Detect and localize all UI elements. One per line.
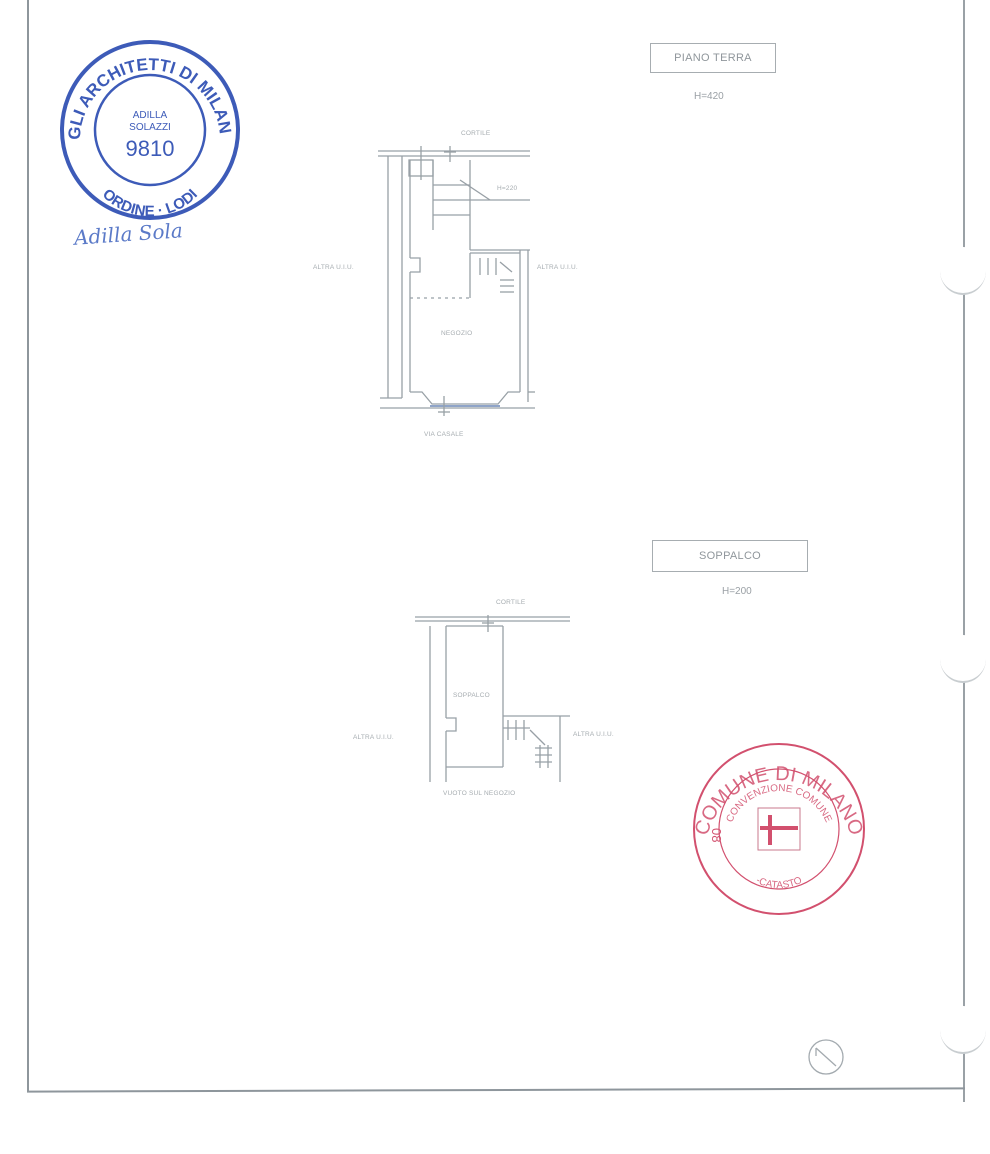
label-altra-uiu-left-pt: ALTRA U.I.U. [313,264,354,271]
svg-text:COMUNE DI MILANO: COMUNE DI MILANO [691,763,868,838]
label-cortile-soppalco: CORTILE [496,599,525,606]
svg-text:ADILLA: ADILLA [133,110,168,121]
label-vuoto-sul-negozio: VUOTO SUL NEGOZIO [443,790,515,797]
label-negozio: NEGOZIO [441,330,472,337]
svg-text:DEGLI ARCHITETTI DI MILANO E: DEGLI ARCHITETTI DI MILANO E [0,0,235,140]
label-soppalco-room: SOPPALCO [453,692,490,699]
section-title-soppalco: SOPPALCO [652,540,808,572]
architect-stamp-text: DEGLI ARCHITETTI DI MILANO E ORDINE · LO… [0,0,990,1154]
svg-text:ORDINE · LODI: ORDINE · LODI [99,186,201,220]
label-cortile-pt: CORTILE [461,130,490,137]
label-altra-uiu-left-sop: ALTRA U.I.U. [353,734,394,741]
svg-text:9810: 9810 [126,136,175,161]
height-label-piano-terra: H=420 [694,91,724,102]
label-ceiling-height: H=220 [497,185,517,192]
label-via-casale: VIA CASALE [424,431,464,438]
label-altra-uiu-right-sop: ALTRA U.I.U. [573,731,614,738]
svg-text:SOLAZZI: SOLAZZI [129,122,171,133]
height-label-soppalco: H=200 [722,586,752,597]
section-title-piano-terra: PIANO TERRA [650,43,776,73]
svg-text:08: 08 [709,828,724,842]
svg-text:-CATASTO: -CATASTO [754,875,804,891]
label-altra-uiu-right-pt: ALTRA U.I.U. [537,264,578,271]
